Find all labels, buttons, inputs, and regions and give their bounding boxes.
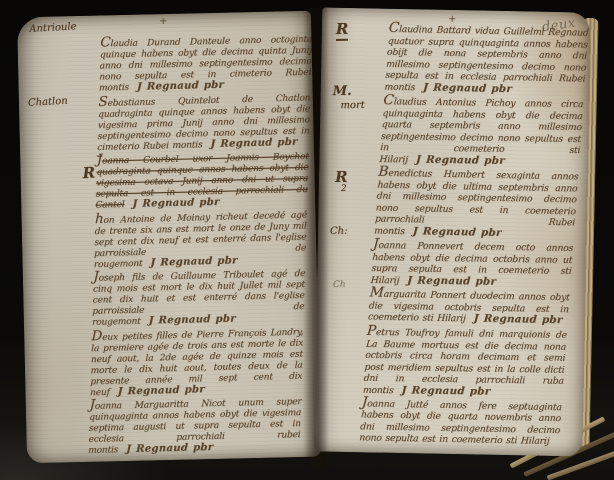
right-page-text-column: Claudina Battard vidua Guillelmi Regnaud… <box>359 23 589 450</box>
right-page: + deux R M. mort R 2 Ch: Ch Claudina Bat… <box>314 7 590 456</box>
margin-note-r: R <box>336 20 349 41</box>
entry-signature: J Regnaud pbr <box>142 254 237 268</box>
burial-entry: Marguarita Ponnert duodecim annos obyt d… <box>368 287 571 326</box>
margin-note-mort: mort <box>340 100 364 111</box>
entry-signature: J Regnaud pbr <box>399 274 497 287</box>
margin-note-r: R <box>82 163 95 182</box>
entry-signature: J Regnaud pbr <box>202 136 297 150</box>
burial-entry: Claudius Antonius Pichoy annos circa qui… <box>379 95 584 168</box>
entry-text: Joanna Jutté annos fere septuaginta habe… <box>359 398 562 447</box>
entry-signature: J Regnaud pbr <box>415 81 513 95</box>
margin-note-ch: Ch: <box>330 226 348 237</box>
burial-entry: Claudina Battard vidua Guillelmi Regnaud… <box>384 23 589 97</box>
burial-entry: Claudia Durand Danteule anno octoginta q… <box>99 33 313 94</box>
burial-entry: Joanna Jutté annos fere septuaginta habe… <box>359 397 562 448</box>
burial-entry: Petrus Toufroy famuli dni marquionis de … <box>363 325 568 398</box>
entry-signature: J Regnaud pbr <box>140 313 235 326</box>
cross-mark: + <box>159 16 168 27</box>
entry-signature: J Regnaud pbr <box>118 442 213 455</box>
left-page: + Antrioule Chatlon R Claudia Durand Dan… <box>17 11 321 464</box>
margin-note-2: 2 <box>341 184 347 194</box>
burial-entry: Deux petites filles de Pierre François L… <box>90 325 304 398</box>
burial-entry: hon Antoine de Moinay richeut decedé agé… <box>94 208 307 270</box>
burial-entry: Joseph fils de Guillaume Triboulet agé d… <box>92 267 306 328</box>
entry-signature: J Regnaud pbr <box>465 312 563 326</box>
entry-signature: J Regnaud pbr <box>124 197 219 210</box>
burial-entry: Joanna Ponnevert decem octo annos habens… <box>370 239 573 289</box>
margin-note-antrioule: Antrioule <box>29 21 77 35</box>
margin-note-m: M. <box>333 84 352 99</box>
margin-note-ch-faint: Ch <box>333 280 346 290</box>
burial-entry: Benedictus Humbert sexaginta annos haben… <box>374 167 579 241</box>
left-page-text-column: Claudia Durand Danteule anno octoginta q… <box>88 33 312 459</box>
entry-signature <box>549 435 558 447</box>
burial-entry: Joanna Marguaritta Nicot unum super quin… <box>88 395 302 456</box>
manuscript-photo: + Antrioule Chatlon R Claudia Durand Dan… <box>0 0 614 480</box>
entry-signature: J Regnaud pbr <box>393 383 491 396</box>
margin-note-chatlon: Chatlon <box>28 96 68 109</box>
entry-signature: J Regnaud pbr <box>408 153 506 166</box>
entry-signature: J Regnaud pbr <box>110 383 205 397</box>
entry-signature: J Regnaud pbr <box>129 79 224 92</box>
burial-entry: Sebastianus Quintelot de Chatlon quadrag… <box>97 91 310 153</box>
burial-entry-cancelled: Joanna Courbel uxor Joannis Boychot quad… <box>95 150 309 211</box>
entry-signature: J Regnaud pbr <box>404 225 502 239</box>
